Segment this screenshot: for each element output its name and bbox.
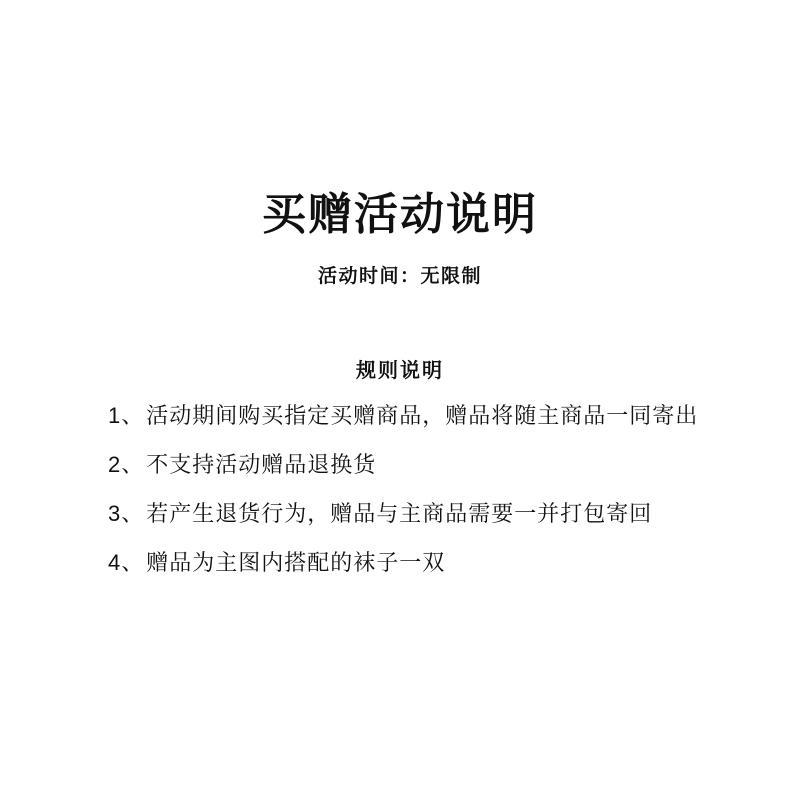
page-title: 买赠活动说明 bbox=[0, 191, 800, 239]
rule-text: 赠品为主图内搭配的袜子一双 bbox=[146, 550, 445, 575]
rules-section-heading: 规则说明 bbox=[0, 354, 800, 383]
rule-number: 3、 bbox=[108, 502, 144, 526]
rule-item-3: 3、若产生退货行为，赠品与主商品需要一并打包寄回 bbox=[108, 502, 748, 526]
rule-text: 若产生退货行为，赠品与主商品需要一并打包寄回 bbox=[146, 501, 652, 526]
rule-text: 不支持活动赠品退换货 bbox=[146, 452, 376, 477]
rule-number: 1、 bbox=[108, 404, 144, 428]
rule-item-4: 4、赠品为主图内搭配的袜子一双 bbox=[108, 551, 748, 575]
rule-number: 4、 bbox=[108, 551, 144, 575]
rule-number: 2、 bbox=[108, 453, 144, 477]
rule-item-2: 2、不支持活动赠品退换货 bbox=[108, 453, 748, 477]
rule-text: 活动期间购买指定买赠商品，赠品将随主商品一同寄出 bbox=[146, 403, 698, 428]
promo-notice-page: 买赠活动说明 活动时间：无限制 规则说明 1、活动期间购买指定买赠商品，赠品将随… bbox=[0, 0, 800, 800]
activity-time-subtitle: 活动时间：无限制 bbox=[0, 261, 800, 288]
rule-item-1: 1、活动期间购买指定买赠商品，赠品将随主商品一同寄出 bbox=[108, 404, 748, 428]
rules-list: 1、活动期间购买指定买赠商品，赠品将随主商品一同寄出 2、不支持活动赠品退换货 … bbox=[108, 404, 748, 600]
